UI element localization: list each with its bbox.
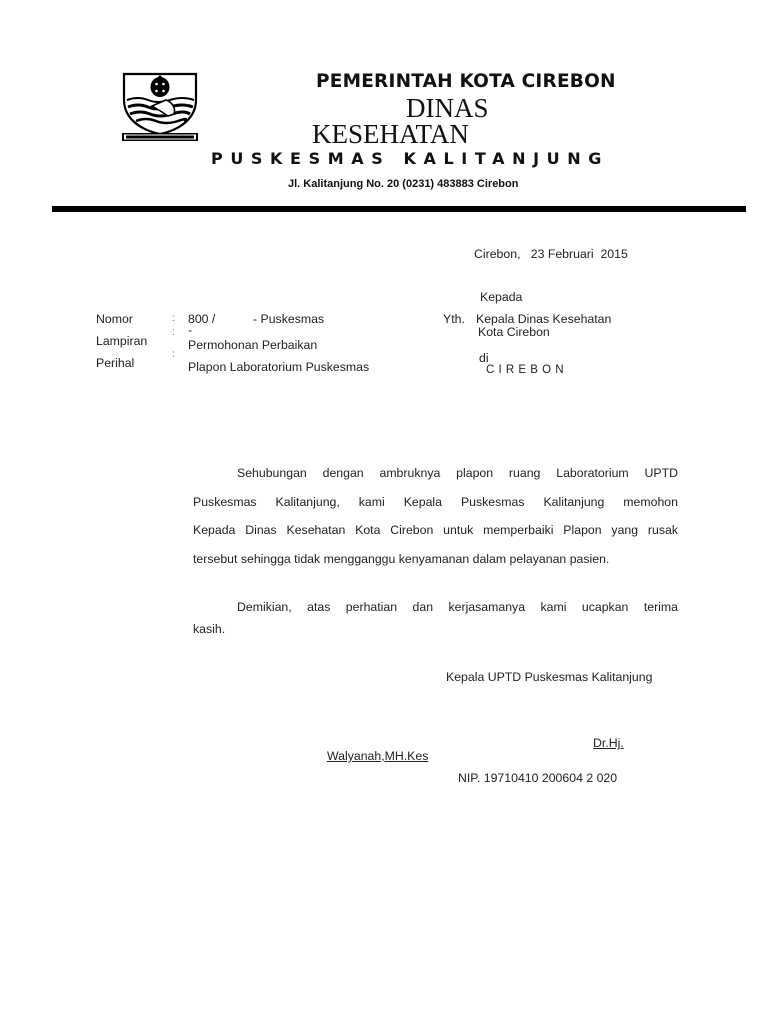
institution-name: PUSKESMAS KALITANJUNG bbox=[211, 149, 609, 168]
signature-name: Walyanah,MH.Kes bbox=[327, 749, 428, 763]
body-paragraph-1-line: Kepada Dinas Kesehatan Kota Cirebon untu… bbox=[193, 516, 678, 545]
institution-address: Jl. Kalitanjung No. 20 (0231) 483883 Cir… bbox=[288, 178, 518, 190]
agency-name-line2: KESEHATAN bbox=[312, 121, 469, 148]
government-name: PEMERINTAH KOTA CIREBON bbox=[316, 71, 616, 92]
recipient-line2: Kota Cirebon bbox=[478, 325, 550, 339]
signature-title: Kepala UPTD Puskesmas Kalitanjung bbox=[446, 670, 652, 684]
lampiran-value: - bbox=[188, 323, 192, 337]
recipient-di: di bbox=[479, 351, 489, 365]
body-paragraph-1-line: Puskesmas Kalitanjung, kami Kepala Puske… bbox=[193, 488, 678, 517]
body-paragraph-2-line: Demikian, atas perhatian dan kerjasamany… bbox=[193, 596, 678, 618]
lampiran-label: Lampiran bbox=[96, 334, 147, 348]
body-paragraph-1: Sehubungan dengan ambruknya plapon ruang… bbox=[193, 459, 678, 573]
nomor-colon: : bbox=[172, 313, 175, 324]
lampiran-colon: : bbox=[172, 327, 175, 338]
body-paragraph-1-line: Sehubungan dengan ambruknya plapon ruang… bbox=[193, 459, 678, 488]
nomor-label: Nomor bbox=[96, 312, 133, 326]
place-date: Cirebon, 23 Februari 2015 bbox=[474, 247, 628, 261]
agency-name-line1: DINAS bbox=[406, 95, 489, 122]
body-paragraph-2: Demikian, atas perhatian dan kerjasamany… bbox=[193, 596, 678, 640]
cirebon-coat-of-arms-icon bbox=[118, 70, 202, 142]
signature-name-prefix: Dr.Hj. bbox=[593, 736, 624, 750]
body-paragraph-1-line: tersebut sehingga tidak mengganggu kenya… bbox=[193, 545, 678, 574]
recipient-line1: Kepala Dinas Kesehatan bbox=[476, 312, 611, 326]
recipient-city: CIREBON bbox=[486, 364, 568, 376]
recipient-kepada: Kepada bbox=[480, 290, 522, 304]
recipient-yth: Yth. bbox=[443, 312, 465, 326]
perihal-value-line1: Permohonan Perbaikan bbox=[188, 338, 317, 352]
perihal-label: Perihal bbox=[96, 356, 134, 370]
signature-nip: NIP. 19710410 200604 2 020 bbox=[458, 771, 617, 785]
perihal-colon: : bbox=[172, 349, 175, 360]
perihal-value-line2: Plapon Laboratorium Puskesmas bbox=[188, 360, 369, 374]
body-paragraph-2-line: kasih. bbox=[193, 618, 678, 640]
letterhead-divider bbox=[52, 206, 746, 212]
nomor-value-unit: - Puskesmas bbox=[253, 312, 324, 326]
